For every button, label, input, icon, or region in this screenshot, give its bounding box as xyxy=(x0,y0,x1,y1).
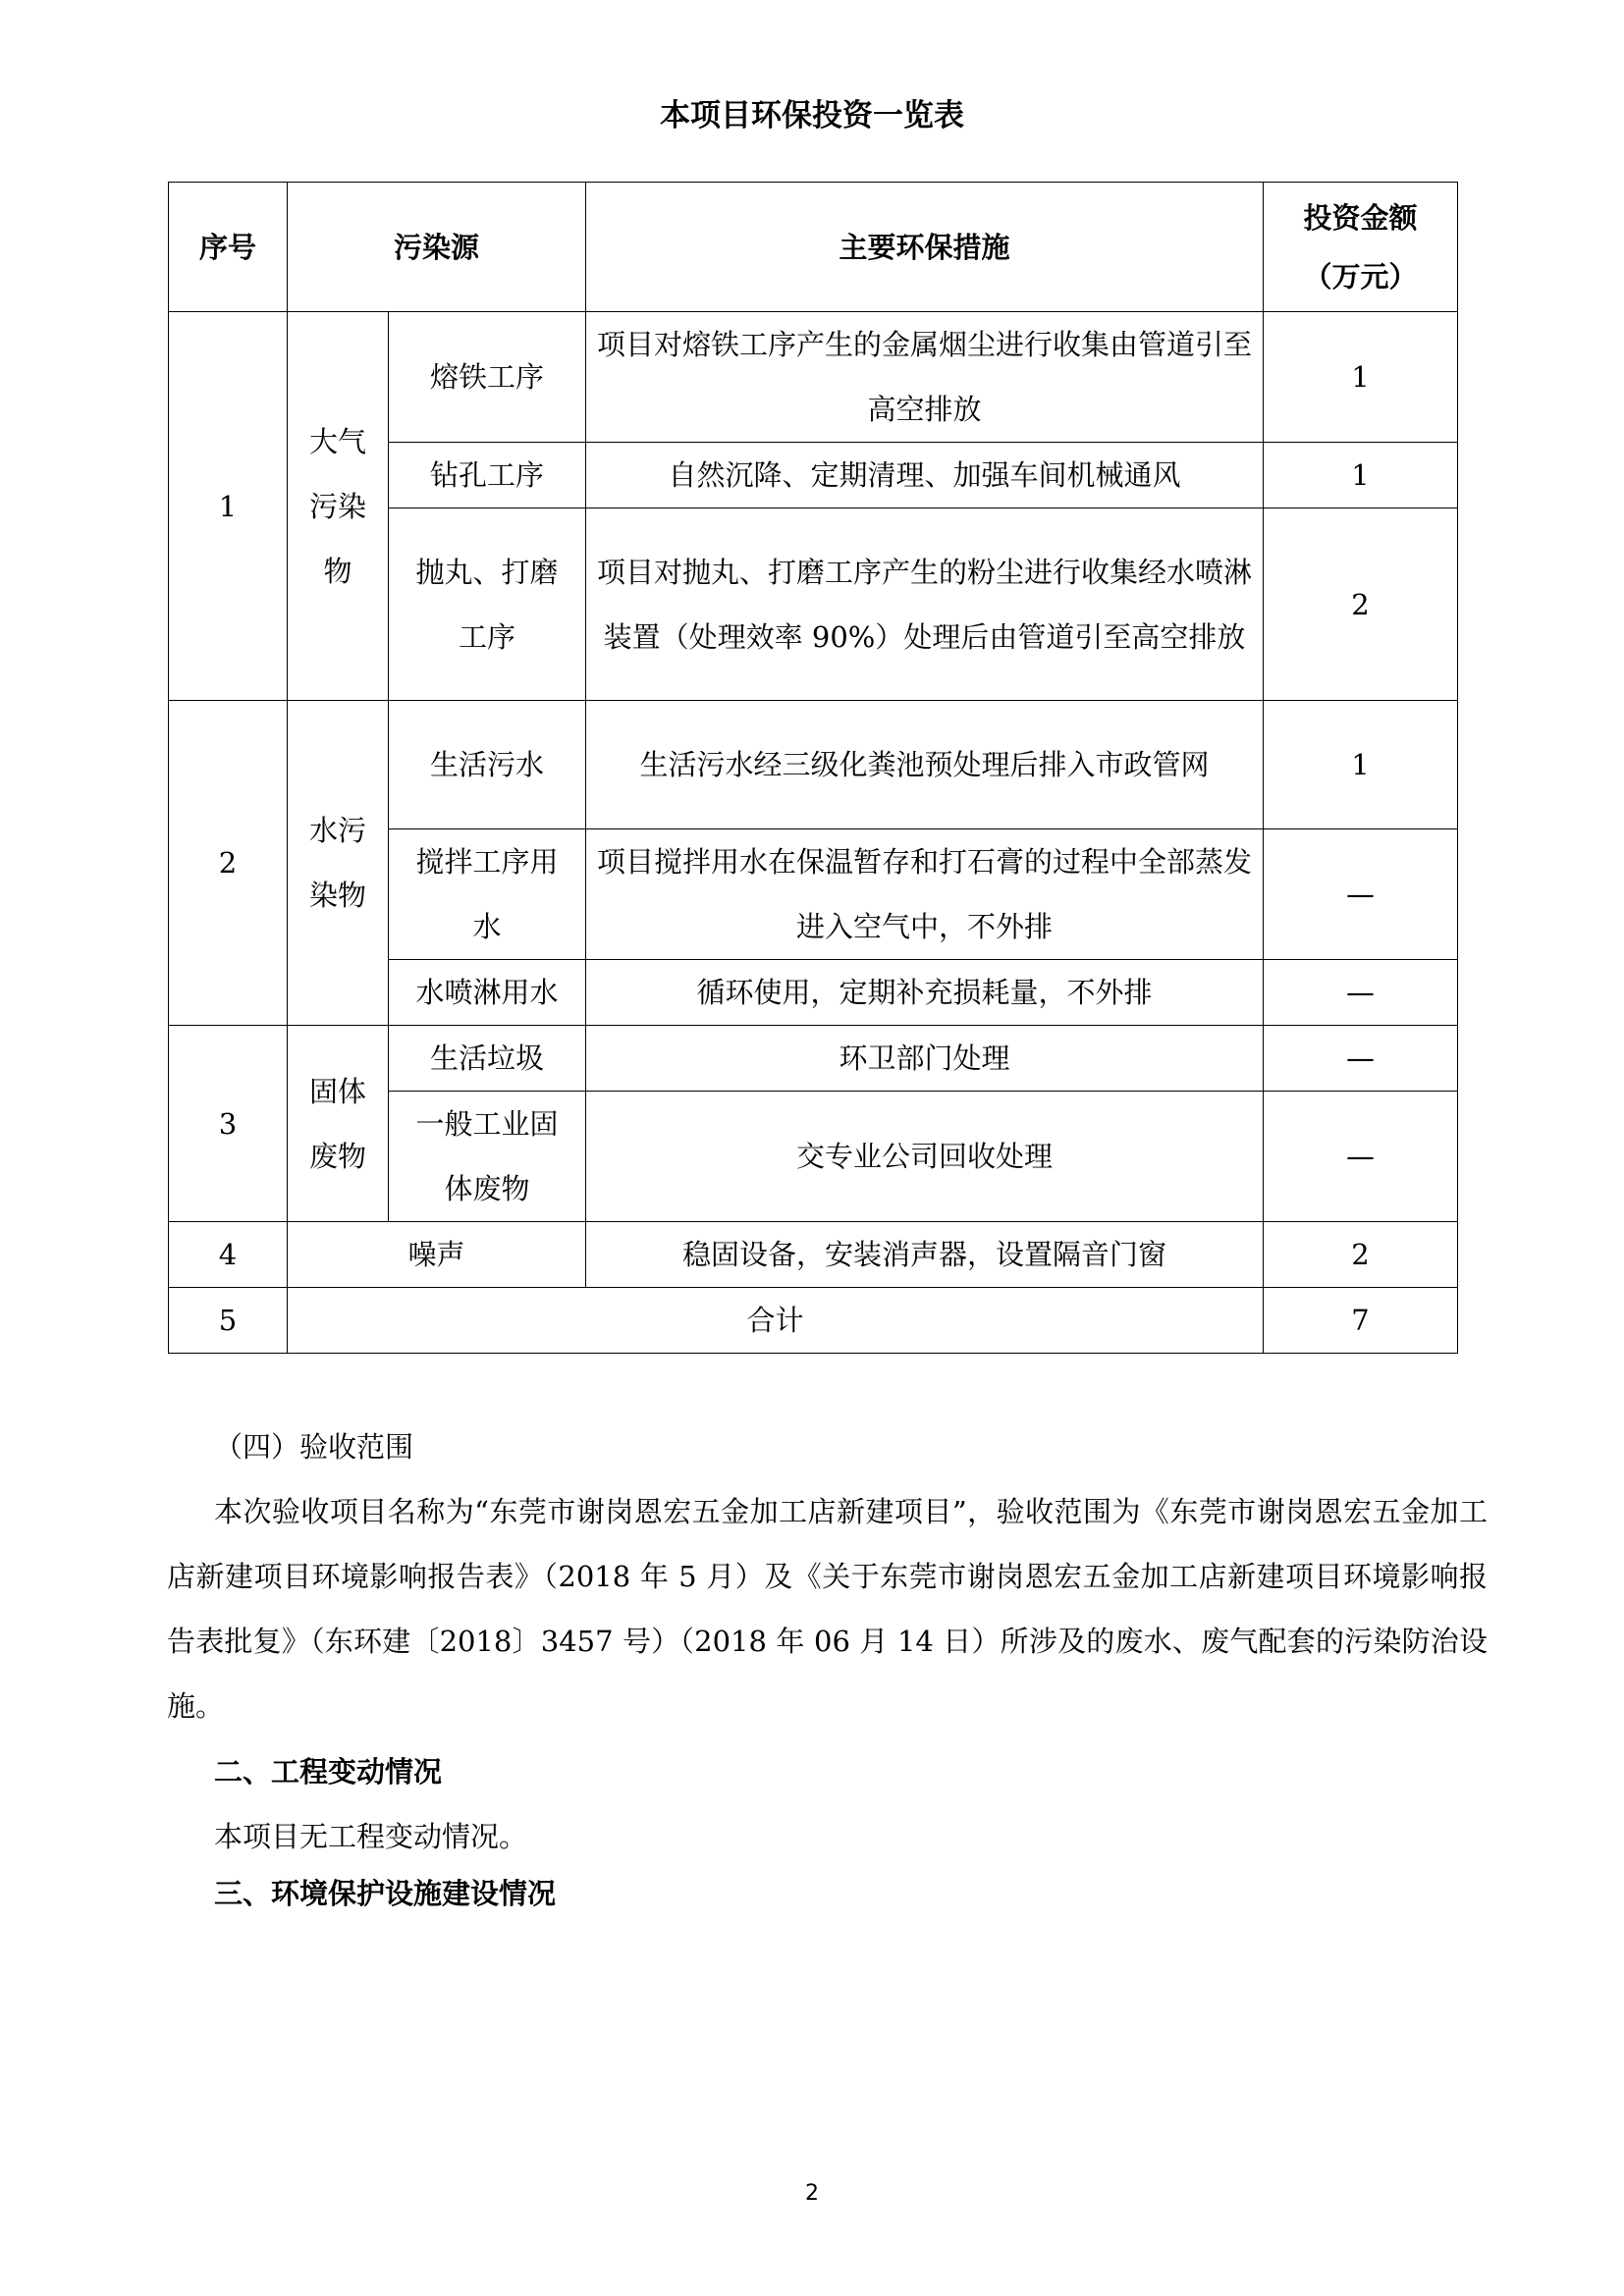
row-amount: 2 xyxy=(1264,508,1458,701)
row-measure: 稳固设备，安装消声器，设置隔音门窗 xyxy=(586,1222,1264,1288)
table-row: 2 水污 染物 生活污水 生活污水经三级化粪池预处理后排入市政管网 1 xyxy=(169,701,1458,829)
row-measure: 项目搅拌用水在保温暂存和打石膏的过程中全部蒸发进入空气中，不外排 xyxy=(586,829,1264,960)
row-no: 1 xyxy=(169,312,288,701)
row-amount: 2 xyxy=(1264,1222,1458,1288)
table-title: 本项目环保投资一览表 xyxy=(0,94,1624,137)
row-source: 水喷淋用水 xyxy=(389,960,586,1026)
row-source: 生活垃圾 xyxy=(389,1026,586,1092)
header-amount: 投资金额 （万元） xyxy=(1264,183,1458,312)
table-row: 3 固体 废物 生活垃圾 环卫部门处理 — xyxy=(169,1026,1458,1092)
row-category: 水污 染物 xyxy=(288,701,389,1026)
page-number: 2 xyxy=(0,2181,1624,2206)
changes-paragraph: 本项目无工程变动情况。 xyxy=(167,1804,1488,1869)
row-no: 2 xyxy=(169,701,288,1026)
scope-heading: （四）验收范围 xyxy=(167,1415,1488,1479)
row-amount: 1 xyxy=(1264,443,1458,508)
section-heading-facilities: 三、环境保护设施建设情况 xyxy=(167,1861,1488,1926)
row-amount: — xyxy=(1264,960,1458,1026)
row-source: 抛丸、打磨工序 xyxy=(389,508,586,701)
row-source: 生活污水 xyxy=(389,701,586,829)
total-amount: 7 xyxy=(1264,1288,1458,1354)
header-source: 污染源 xyxy=(288,183,586,312)
row-measure: 项目对抛丸、打磨工序产生的粉尘进行收集经水喷淋装置（处理效率 90%）处理后由管… xyxy=(586,508,1264,701)
row-category: 大气 污染 物 xyxy=(288,312,389,701)
header-row: 序号 污染源 主要环保措施 投资金额 （万元） xyxy=(169,183,1458,312)
row-source: 钻孔工序 xyxy=(389,443,586,508)
section-heading-changes: 二、工程变动情况 xyxy=(167,1739,1488,1804)
row-measure: 生活污水经三级化粪池预处理后排入市政管网 xyxy=(586,701,1264,829)
table-row-total: 5 合计 7 xyxy=(169,1288,1458,1354)
row-measure: 环卫部门处理 xyxy=(586,1026,1264,1092)
row-no: 4 xyxy=(169,1222,288,1288)
row-amount: — xyxy=(1264,1092,1458,1222)
row-amount: 1 xyxy=(1264,312,1458,443)
table-row: 1 大气 污染 物 熔铁工序 项目对熔铁工序产生的金属烟尘进行收集由管道引至高空… xyxy=(169,312,1458,443)
row-no: 3 xyxy=(169,1026,288,1222)
row-source: 一般工业固体废物 xyxy=(389,1092,586,1222)
row-category: 固体 废物 xyxy=(288,1026,389,1222)
row-measure: 项目对熔铁工序产生的金属烟尘进行收集由管道引至高空排放 xyxy=(586,312,1264,443)
total-label: 合计 xyxy=(288,1288,1264,1354)
scope-paragraph: 本次验收项目名称为“东莞市谢岗恩宏五金加工店新建项目”，验收范围为《东莞市谢岗恩… xyxy=(167,1479,1488,1738)
header-no: 序号 xyxy=(169,183,288,312)
row-measure: 交专业公司回收处理 xyxy=(586,1092,1264,1222)
row-source: 熔铁工序 xyxy=(389,312,586,443)
row-amount: — xyxy=(1264,829,1458,960)
row-source: 噪声 xyxy=(288,1222,586,1288)
row-measure: 自然沉降、定期清理、加强车间机械通风 xyxy=(586,443,1264,508)
row-amount: — xyxy=(1264,1026,1458,1092)
row-measure: 循环使用，定期补充损耗量，不外排 xyxy=(586,960,1264,1026)
row-source: 搅拌工序用水 xyxy=(389,829,586,960)
table-row-noise: 4 噪声 稳固设备，安装消声器，设置隔音门窗 2 xyxy=(169,1222,1458,1288)
investment-table: 序号 污染源 主要环保措施 投资金额 （万元） 1 大气 污染 物 熔铁工序 项… xyxy=(168,182,1458,1354)
row-no: 5 xyxy=(169,1288,288,1354)
row-amount: 1 xyxy=(1264,701,1458,829)
header-measures: 主要环保措施 xyxy=(586,183,1264,312)
